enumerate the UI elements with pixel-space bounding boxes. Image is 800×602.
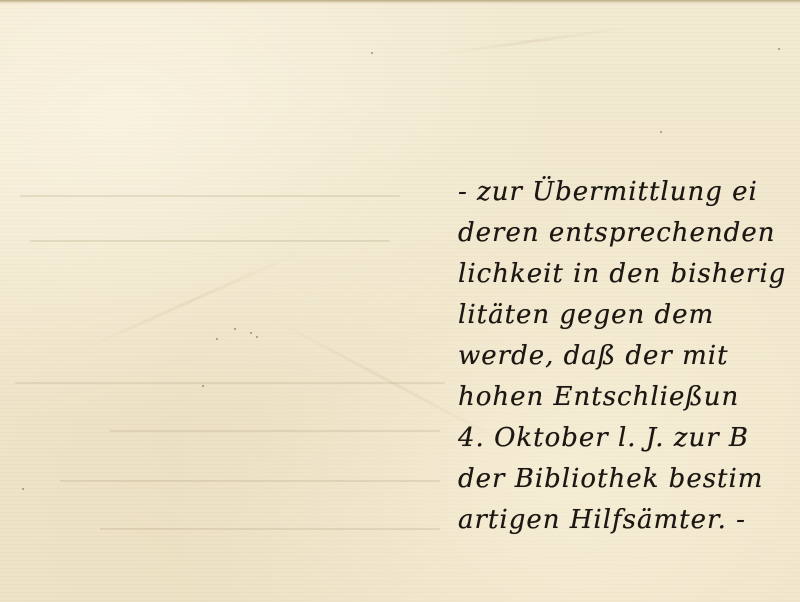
ink-bleed-through [110,430,440,432]
handwritten-line: deren entsprechenden [458,213,800,254]
paper-speck [256,336,258,338]
handwritten-line: - zur Übermittlung ei [458,172,800,213]
handwritten-line: artigen Hilfsämter. - [458,500,800,541]
paper-speck [660,131,662,133]
paper-speck [22,488,24,490]
handwritten-line: 4. Oktober l. J. zur B [458,418,800,459]
paper-crease [431,26,629,57]
paper-speck [234,328,236,330]
handwritten-line: hohen Entschließun [458,377,800,418]
paper-speck [202,385,204,387]
handwritten-line: litäten gegen dem [458,295,800,336]
handwritten-line: werde, daß der mit [458,336,800,377]
paper-speck [250,332,252,334]
handwritten-line: der Bibliothek bestim [458,459,800,500]
handwritten-line: lichkeit in den bisherig [458,254,800,295]
ink-bleed-through [100,528,440,530]
paper-speck [216,338,218,340]
ink-bleed-through [30,240,390,242]
paper-crease [71,247,310,355]
paper-speck [371,52,373,54]
ink-bleed-through [20,195,400,197]
paper-top-edge [0,0,800,4]
ink-bleed-through [60,480,440,482]
paper-speck [778,48,780,50]
ink-bleed-through [15,382,445,384]
handwritten-text-block: - zur Übermittlung ei deren entsprechend… [458,172,800,541]
